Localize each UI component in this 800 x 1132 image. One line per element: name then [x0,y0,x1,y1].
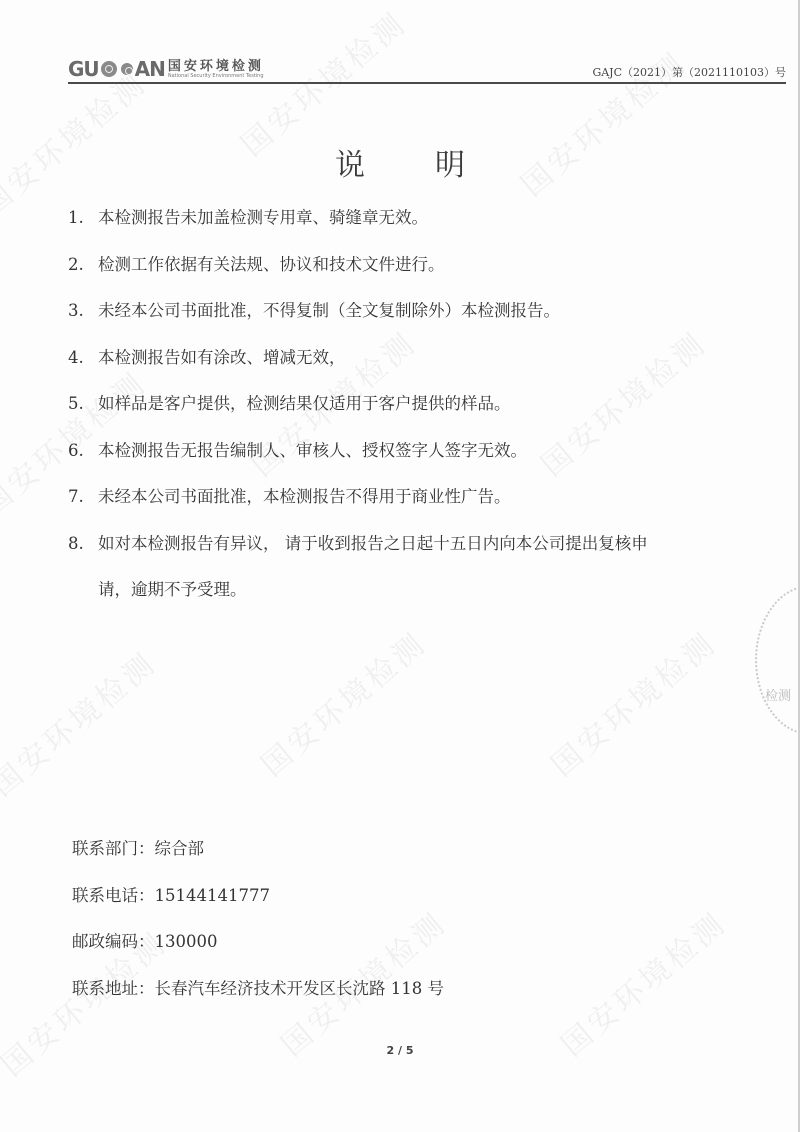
note-text: 未经本公司书面批准，不得复制（全文复制除外）本检测报告。 [98,301,560,320]
contact-value: 综合部 [155,839,205,858]
header-divider [68,82,786,84]
note-text: 本检测报告未加盖检测专用章、骑缝章无效。 [98,208,428,227]
note-number: 6. [68,440,98,462]
note-number: 1. [68,207,98,229]
contact-label: 联系地址： [72,979,155,998]
note-item: 8.如对本检测报告有异议， 请于收到报告之日起十五日内向本公司提出复核申 [68,533,748,555]
note-number: 2. [68,254,98,276]
contact-phone: 联系电话：15144141777 [72,885,572,907]
contact-info: 联系部门：综合部 联系电话：15144141777 邮政编码：130000 联系… [72,838,572,1024]
note-item: 5.如样品是客户提供，检测结果仅适用于客户提供的样品。 [68,393,748,415]
report-number: GAJC（2021）第（2021110103）号 [592,64,786,80]
note-number: 8. [68,533,98,555]
contact-value: 130000 [155,932,218,951]
contact-value: 长春汽车经济技术开发区长沈路 118 号 [155,979,444,998]
contact-label: 联系部门： [72,839,155,858]
logo-text: 国安环境检测 National Security Environment Tes… [168,60,264,79]
globe-search-icon [101,61,117,77]
logo-english-name: National Security Environment Testing [168,74,264,79]
recycle-icon [121,63,133,75]
watermark: 国安环境检测 [0,640,164,805]
watermark: 国安环境检测 [250,620,435,785]
note-text: 本检测报告无报告编制人、审核人、授权签字人签字无效。 [98,441,527,460]
seal-stamp [755,585,800,735]
note-number: 3. [68,300,98,322]
note-item: 1.本检测报告未加盖检测专用章、骑缝章无效。 [68,207,748,229]
note-text: 如样品是客户提供，检测结果仅适用于客户提供的样品。 [98,394,511,413]
page-number: 2 / 5 [0,1044,800,1057]
logo-chinese-name: 国安环境检测 [168,60,264,73]
note-item: 3.未经本公司书面批准，不得复制（全文复制除外）本检测报告。 [68,300,748,322]
company-logo: GU AN 国安环境检测 National Security Environme… [68,58,264,80]
contact-value: 15144141777 [155,886,270,905]
page-title: 说明 [0,140,800,184]
contact-address: 联系地址：长春汽车经济技术开发区长沈路 118 号 [72,978,572,1000]
logo-letters-left: GU [68,59,99,79]
note-text: 未经本公司书面批准，本检测报告不得用于商业性广告。 [98,487,511,506]
notes-list: 1.本检测报告未加盖检测专用章、骑缝章无效。 2.检测工作依据有关法规、协议和技… [68,207,748,626]
contact-label: 邮政编码： [72,932,155,951]
note-item: 6.本检测报告无报告编制人、审核人、授权签字人签字无效。 [68,440,748,462]
watermark: 国安环境检测 [540,620,725,785]
note-number: 7. [68,486,98,508]
logo-letters-right: AN [135,59,165,79]
note-text: 本检测报告如有涂改、增减无效， [98,348,346,367]
note-number: 4. [68,347,98,369]
page-header: GU AN 国安环境检测 National Security Environme… [68,56,786,84]
note-continuation: 请，逾期不予受理。 [68,579,748,601]
note-text: 检测工作依据有关法规、协议和技术文件进行。 [98,255,445,274]
document-page: 国安环境检测 国安环境检测 国安环境检测 国安环境检测 国安环境检测 国安环境检… [0,0,800,1132]
note-number: 5. [68,393,98,415]
seal-stamp-text: 检测 [765,685,791,704]
note-text: 如对本检测报告有异议， 请于收到报告之日起十五日内向本公司提出复核申 [98,534,648,553]
watermark: 国安环境检测 [550,900,735,1065]
note-item: 2.检测工作依据有关法规、协议和技术文件进行。 [68,254,748,276]
note-item: 4.本检测报告如有涂改、增减无效， [68,347,748,369]
note-item: 7.未经本公司书面批准，本检测报告不得用于商业性广告。 [68,486,748,508]
contact-postcode: 邮政编码：130000 [72,931,572,953]
contact-department: 联系部门：综合部 [72,838,572,860]
contact-label: 联系电话： [72,886,155,905]
